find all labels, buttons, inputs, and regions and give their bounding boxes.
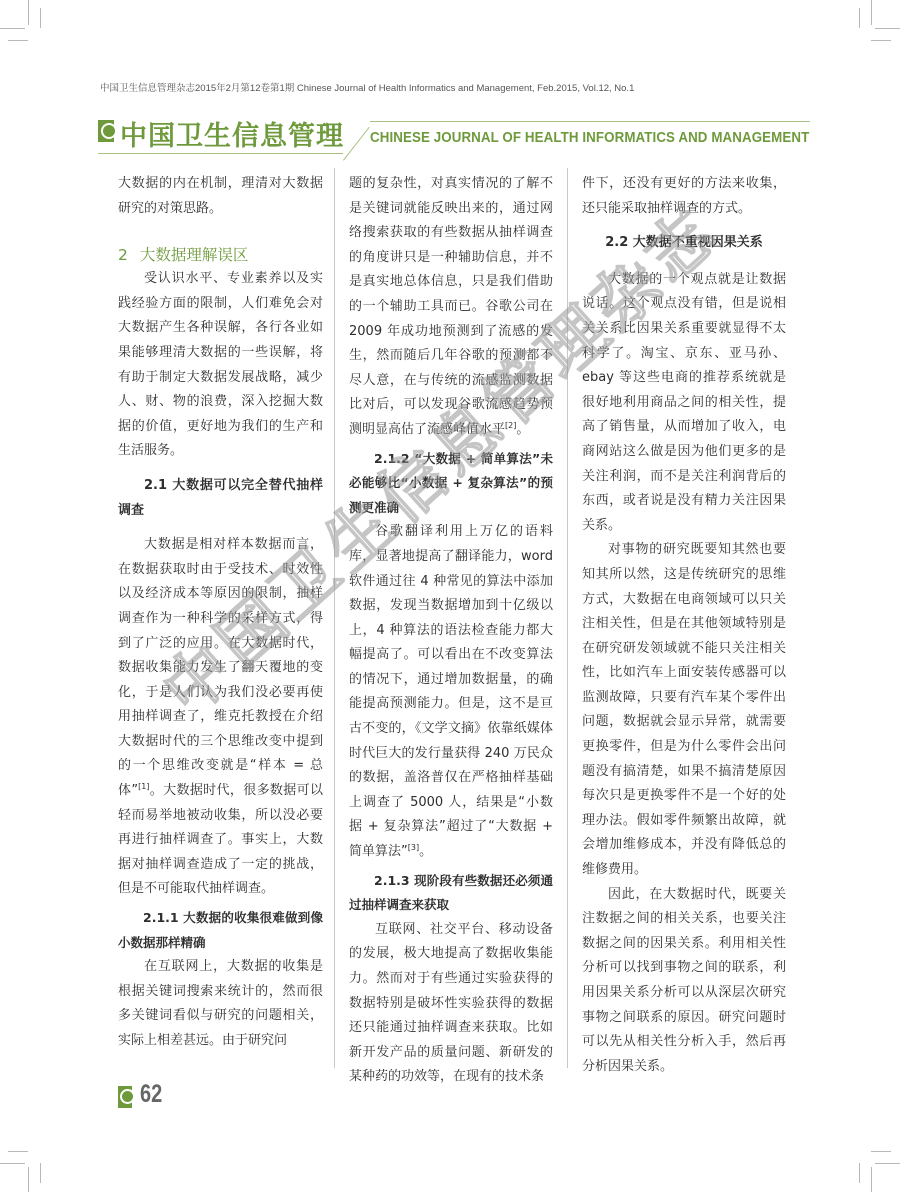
subsection-heading-2-2: 2.2 大数据不重视因果关系 — [582, 231, 786, 256]
citation-ref: [1] — [138, 782, 149, 791]
subsection-heading-2-1-1: 2.1.1 大数据的收集很难做到像小数据那样精确 — [118, 906, 323, 955]
journal-title-en: CHINESE JOURNAL OF HEALTH INFORMATICS AN… — [370, 130, 809, 146]
crop-mark — [28, 0, 29, 25]
paragraph: 件下，还没有更好的方法来收集，还只能采取抽样调查的方式。 — [582, 172, 786, 221]
paragraph-text: 。大数据时代，很多数据可以轻而易举地被动收集，所以没必要再进行抽样调查了。事实上… — [118, 783, 323, 896]
paragraph-text: 题的复杂性，对真实情况的了解不是关键词就能反映出来的，通过网络搜索获取的有些数据… — [349, 176, 553, 437]
crop-mark — [0, 28, 25, 29]
crop-mark — [859, 8, 860, 28]
column-divider — [334, 168, 335, 1068]
crop-mark — [8, 40, 28, 41]
section-heading-2: 2大数据理解误区 — [118, 243, 323, 267]
paragraph-text: 谷歌翻译利用上万亿的语料库，显著地提高了翻译能力，word 软件通过往 4 种常… — [349, 524, 553, 859]
crop-mark — [0, 1163, 25, 1164]
journal-logo-icon — [98, 120, 114, 142]
crop-mark — [8, 1151, 28, 1152]
subsection-heading-2-1-2: 2.1.2 “大数据 + 简单算法”未必能够比“小数据 + 复杂算法”的预测更准… — [349, 447, 553, 521]
subsection-heading-2-1-3: 2.1.3 现阶段有些数据还必须通过抽样调查来获取 — [349, 869, 553, 918]
running-head: 中国卫生信息管理杂志2015年2月第12卷第1期 Chinese Journal… — [100, 80, 634, 94]
crop-mark — [875, 1163, 900, 1164]
paragraph: 谷歌翻译利用上万亿的语料库，显著地提高了翻译能力，word 软件通过往 4 种常… — [349, 520, 553, 864]
crop-mark — [28, 1167, 29, 1192]
paragraph-text: 。 — [419, 844, 432, 859]
page-number: 62 — [140, 1080, 162, 1109]
paragraph-text: 大数据是相对样本数据而言，在数据获取时由于受技术、时效性以及经济成本等原因的限制… — [118, 537, 323, 798]
citation-ref: [2] — [505, 421, 516, 430]
journal-logo-icon — [118, 1086, 132, 1108]
section-number: 2 — [118, 246, 128, 264]
column-3: 件下，还没有更好的方法来收集，还只能采取抽样调查的方式。 2.2 大数据不重视因… — [582, 172, 786, 1079]
paragraph: 受认识水平、专业素养以及实践经验方面的限制，人们难免会对大数据产生各种误解，各行… — [118, 267, 323, 464]
column-2: 题的复杂性，对真实情况的了解不是关键词就能反映出来的，通过网络搜索获取的有些数据… — [349, 172, 553, 1090]
crop-mark — [40, 8, 41, 28]
paragraph: 大数据是相对样本数据而言，在数据获取时由于受技术、时效性以及经济成本等原因的限制… — [118, 533, 323, 902]
paragraph: 互联网、社交平台、移动设备的发展，极大地提高了数据收集能力。然而对于有些通过实验… — [349, 918, 553, 1090]
subsection-heading-2-1: 2.1 大数据可以完全替代抽样调查 — [118, 474, 323, 523]
section-title: 大数据理解误区 — [140, 246, 249, 264]
crop-mark — [859, 1163, 860, 1183]
paragraph: 因此，在大数据时代，既要关注数据之间的相关关系，也要关注数据之间的因果关系。利用… — [582, 883, 786, 1080]
crop-mark — [871, 0, 872, 25]
citation-ref: [3] — [408, 843, 419, 852]
paragraph: 大数据的一个观点就是让数据说话。这个观点没有错，但是说相关关系比因果关系重要就显… — [582, 268, 786, 539]
paragraph: 在互联网上，大数据的收集是根据关键词搜索来统计的，然而很多关键词看似与研究的问题… — [118, 955, 323, 1053]
paragraph-text: 。 — [516, 422, 529, 437]
masthead-rule — [370, 121, 810, 122]
crop-mark — [871, 40, 891, 41]
crop-mark — [871, 1151, 891, 1152]
column-divider — [567, 168, 568, 1068]
masthead: 中国卫生信息管理 CHINESE JOURNAL OF HEALTH INFOR… — [98, 114, 808, 160]
column-1: 大数据的内在机制，理清对大数据研究的对策思路。 2大数据理解误区 受认识水平、专… — [118, 172, 323, 1054]
paragraph: 大数据的内在机制，理清对大数据研究的对策思路。 — [118, 172, 323, 221]
journal-title-cn: 中国卫生信息管理 — [120, 114, 344, 153]
crop-mark — [871, 1167, 872, 1192]
masthead-rule — [98, 153, 343, 154]
masthead-slash — [343, 127, 370, 161]
paragraph: 题的复杂性，对真实情况的了解不是关键词就能反映出来的，通过网络搜索获取的有些数据… — [349, 172, 553, 443]
crop-mark — [875, 28, 900, 29]
crop-mark — [40, 1163, 41, 1183]
paragraph: 对事物的研究既要知其然也要知其所以然，这是传统研究的思维方式，大数据在电商领域可… — [582, 538, 786, 882]
